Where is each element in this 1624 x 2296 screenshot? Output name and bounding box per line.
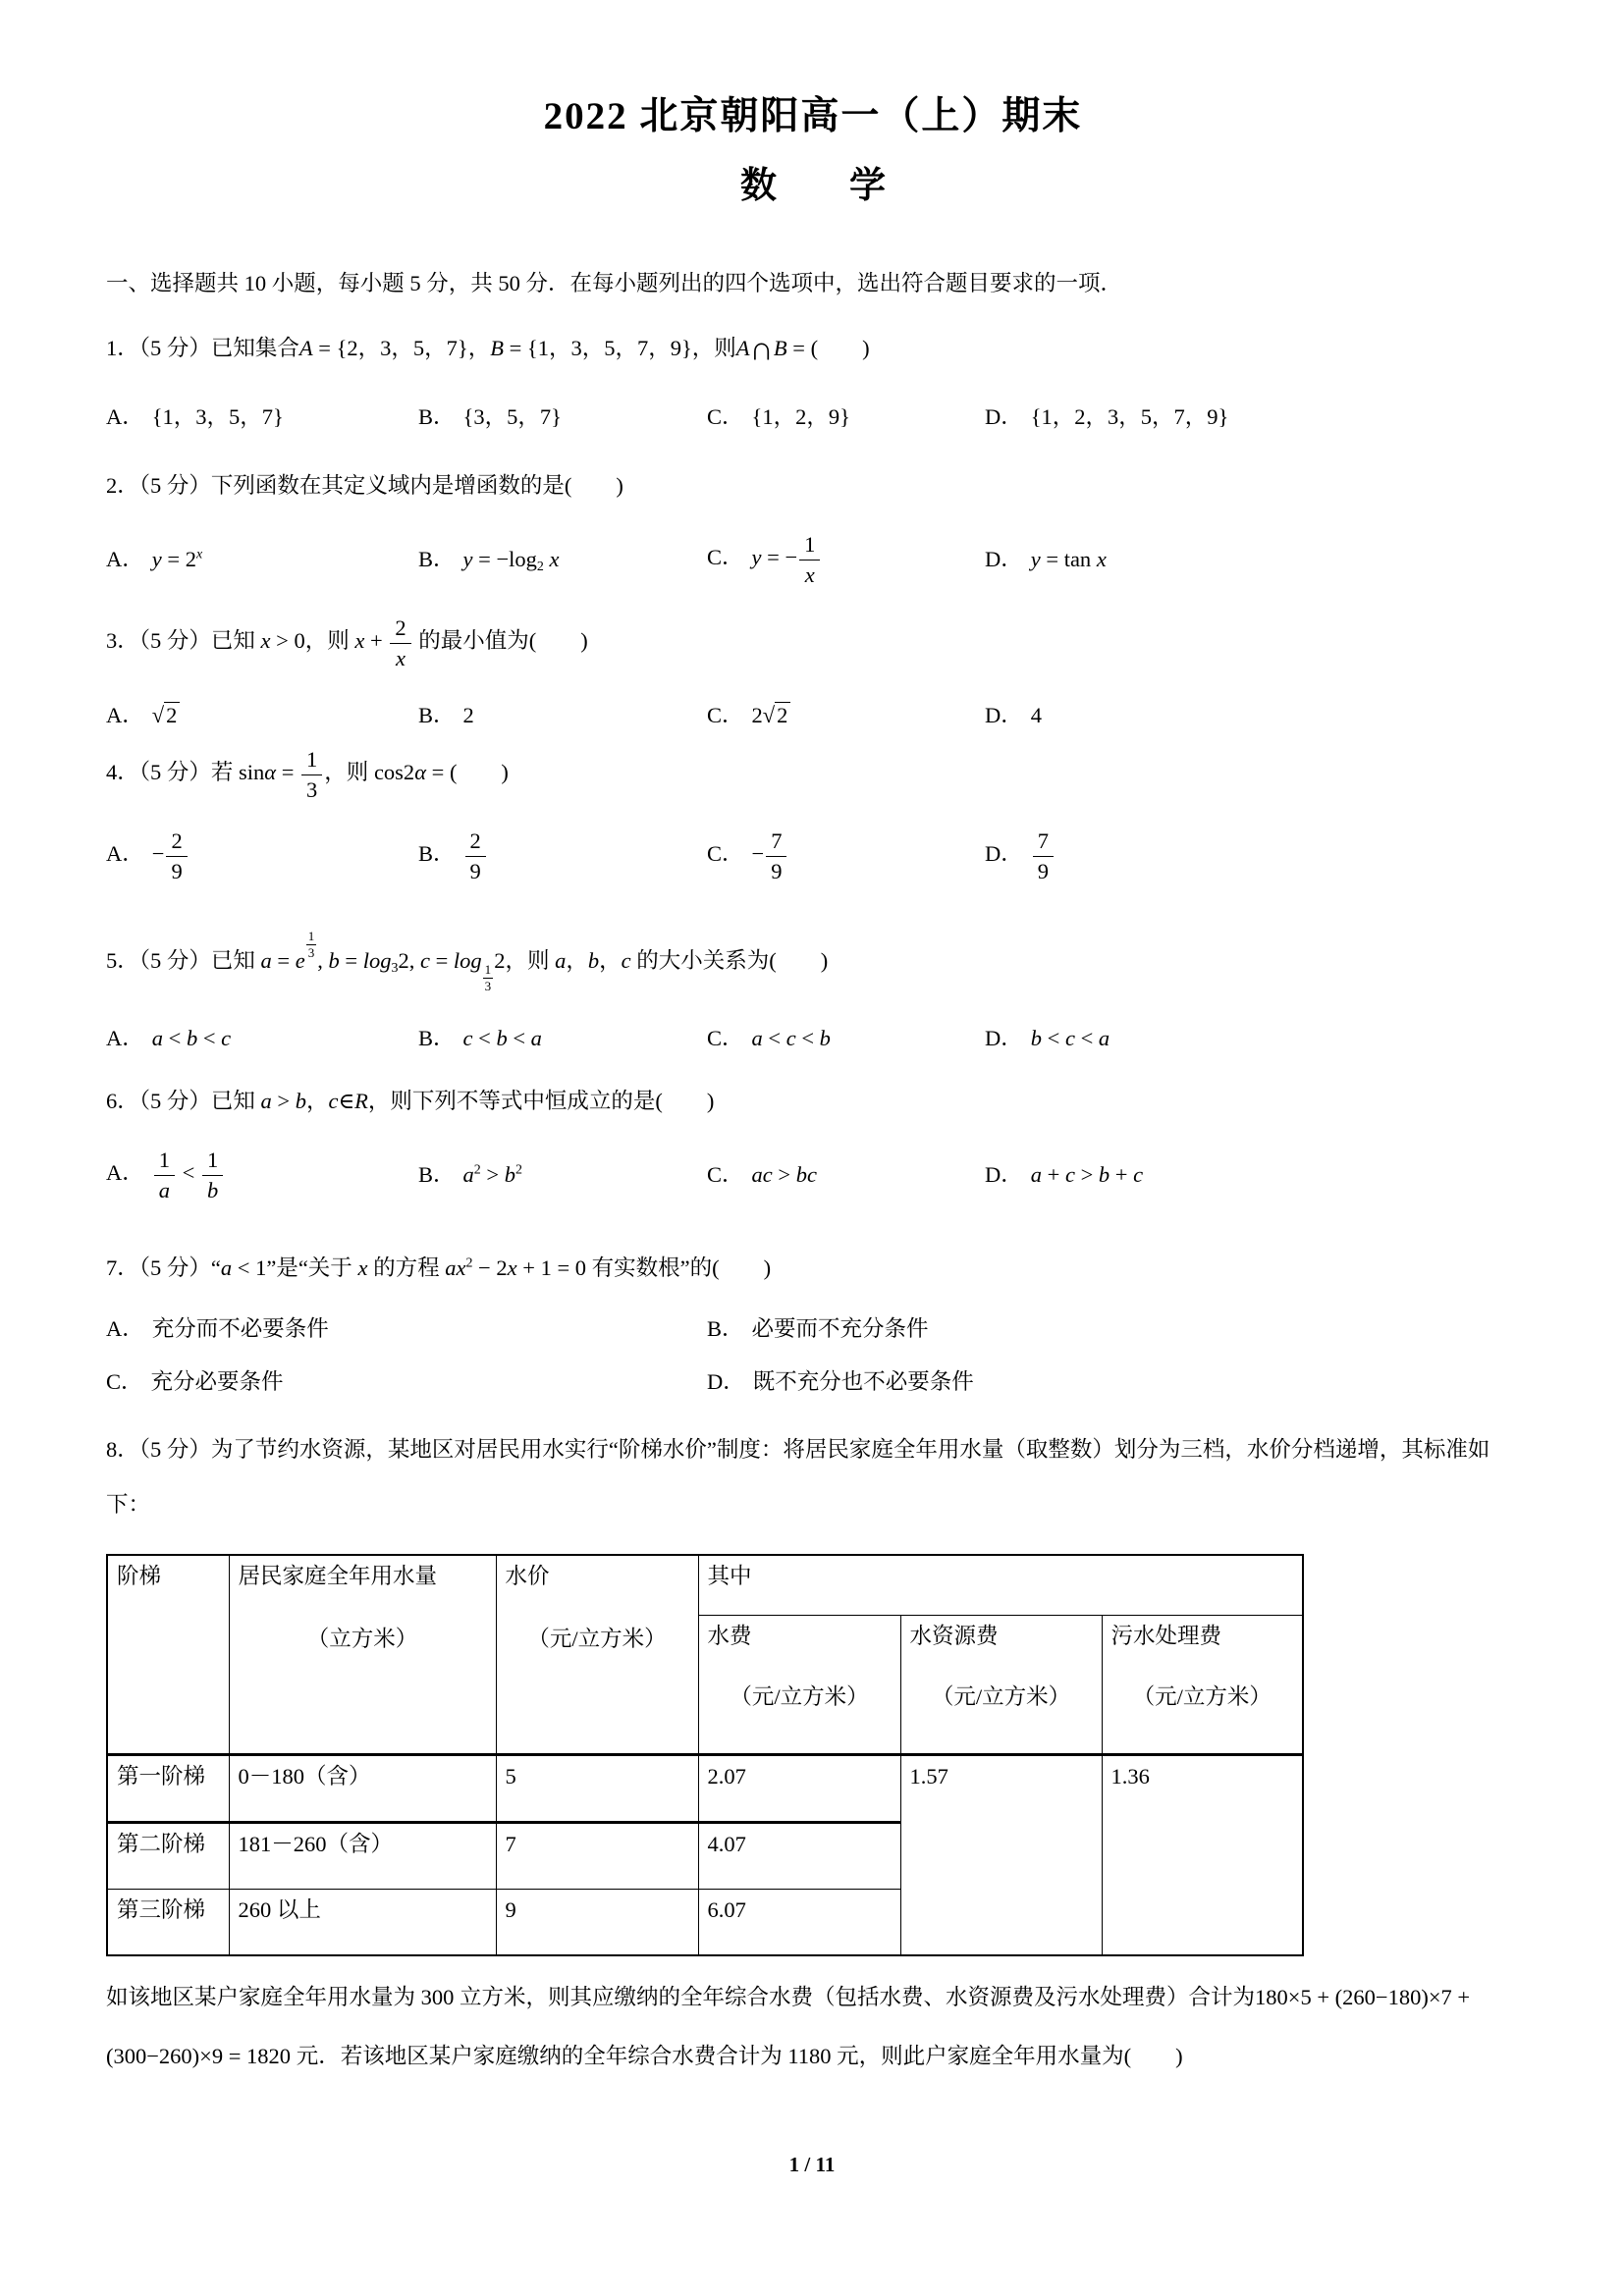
option-value: y = 2x <box>152 547 202 571</box>
option-label: A． <box>106 1160 144 1185</box>
option-label: B． <box>418 841 456 866</box>
question-3-option-b: B．2 <box>418 701 707 730</box>
cell-tier-1: 第一阶梯 <box>107 1754 229 1822</box>
question-2-options: A．y = 2x B．y = −log2 x C．y = −1x D．y = t… <box>106 514 1520 605</box>
question-2-option-c: C．y = −1x <box>707 531 985 588</box>
option-value: 29 <box>463 841 488 866</box>
question-5-option-a: A．a < b < c <box>106 1024 418 1053</box>
option-label: C． <box>707 841 744 866</box>
question-7-option-c: C．充分必要条件 <box>106 1367 707 1397</box>
option-value: {1，2，9} <box>752 404 850 429</box>
question-5-option-d: D．b < c < a <box>985 1024 1520 1053</box>
option-value: ac > bc <box>752 1162 817 1187</box>
question-6-stem: 6．（5 分）已知 a > b，c∈R，则下列不等式中恒成立的是( ) <box>106 1087 1520 1116</box>
question-7-option-a: A．充分而不必要条件 <box>106 1314 707 1344</box>
option-value: c < b < a <box>463 1026 542 1050</box>
question-3-option-c: C．2√2 <box>707 701 985 730</box>
question-8: 8．（5 分）为了节约水资源，某地区对居民用水实行“阶梯水价”制度：将居民家庭全… <box>106 1422 1520 2086</box>
option-value: √2 <box>152 702 181 727</box>
question-8-after-paragraph: 如该地区某户家庭全年用水量为 300 立方米，则其应缴纳的全年综合水费（包括水费… <box>106 1968 1520 2086</box>
page-content: 2022 北京朝阳高一（上）期末 数 学 一、选择题共 10 小题，每小题 5 … <box>106 0 1520 2086</box>
header-cell-water-fee: 水费（元/立方米） <box>698 1615 900 1754</box>
question-2-stem: 2．（5 分）下列函数在其定义域内是增函数的是( ) <box>106 471 1520 501</box>
question-6-option-d: D．a + c > b + c <box>985 1160 1520 1190</box>
question-4: 4．（5 分）若 sinα = 13，则 cos2α = ( ) A．−29 B… <box>106 746 1520 901</box>
option-value: 79 <box>1031 841 1056 866</box>
question-5-option-c: C．a < c < b <box>707 1024 985 1053</box>
cell-price-2: 7 <box>496 1822 698 1889</box>
question-2-option-d: D．y = tan x <box>985 545 1520 574</box>
question-4-option-b: B．29 <box>418 828 707 884</box>
option-value: y = tan x <box>1031 547 1107 571</box>
option-label: A． <box>106 1316 144 1341</box>
option-value: 充分必要条件 <box>151 1369 284 1394</box>
option-value: 充分而不必要条件 <box>152 1316 329 1341</box>
question-4-option-a: A．−29 <box>106 828 418 884</box>
option-label: A． <box>106 1026 144 1050</box>
option-label: A． <box>106 404 144 429</box>
cell-fee-2: 4.07 <box>698 1822 900 1889</box>
option-label: B． <box>418 404 456 429</box>
option-label: C． <box>707 1026 744 1050</box>
header-cell-among: 其中 <box>698 1555 1303 1616</box>
exam-subject: 数 学 <box>126 165 1500 208</box>
option-value: −29 <box>152 841 189 866</box>
option-value: 2√2 <box>752 702 791 727</box>
question-3-stem: 3．（5 分）已知 x > 0，则 x + 2x 的最小值为( ) <box>106 614 1520 671</box>
question-1: 1．（5 分）已知集合A = {2，3，5，7}，B = {1，3，5，7，9}… <box>106 334 1520 432</box>
option-value: −79 <box>752 841 789 866</box>
option-value: a + c > b + c <box>1031 1162 1143 1187</box>
page-number: 1 / 11 <box>0 2150 1624 2179</box>
option-label: C． <box>707 404 744 429</box>
cell-price-1: 5 <box>496 1754 698 1822</box>
water-price-table: 阶梯 居民家庭全年用水量（立方米） 水价（元/立方米） 其中 水费（元/立方米）… <box>106 1554 1304 1956</box>
option-label: D． <box>985 404 1023 429</box>
question-6-options: A．1a < 1b B．a2 > b2 C．ac > bc D．a + c > … <box>106 1130 1520 1220</box>
cell-range-2: 181－260（含） <box>229 1822 496 1889</box>
question-1-option-c: C．{1，2，9} <box>707 402 985 432</box>
question-6-option-c: C．ac > bc <box>707 1160 985 1190</box>
option-label: B． <box>418 703 456 727</box>
question-2-option-a: A．y = 2x <box>106 545 418 574</box>
option-value: y = −log2 x <box>463 547 560 571</box>
option-value: 1a < 1b <box>152 1160 225 1185</box>
question-8-stem: 8．（5 分）为了节约水资源，某地区对居民用水实行“阶梯水价”制度：将居民家庭全… <box>106 1422 1520 1532</box>
question-6-option-b: B．a2 > b2 <box>418 1160 707 1190</box>
question-7-options-cd: C．充分必要条件 D．既不充分也不必要条件 <box>106 1367 1520 1397</box>
option-value: y = −1x <box>752 545 823 569</box>
option-value: {1，2，3，5，7，9} <box>1031 404 1229 429</box>
option-label: D． <box>707 1369 745 1394</box>
question-5: 5．（5 分）已知 a = e13, b = log32, c = log132… <box>106 929 1520 1053</box>
question-7-option-d: D．既不充分也不必要条件 <box>707 1367 1520 1397</box>
question-4-option-d: D．79 <box>985 828 1520 884</box>
exam-page: { "page": { "footer": "1 / 11" }, "heade… <box>0 0 1624 2296</box>
question-4-stem: 4．（5 分）若 sinα = 13，则 cos2α = ( ) <box>106 746 1520 803</box>
header-cell-sewage-fee: 污水处理费（元/立方米） <box>1102 1615 1303 1754</box>
cell-fee-3: 6.07 <box>698 1889 900 1955</box>
question-7-stem: 7．（5 分）“a < 1”是“关于 x 的方程 ax2 − 2x + 1 = … <box>106 1254 1520 1283</box>
cell-range-1: 0－180（含） <box>229 1754 496 1822</box>
option-label: C． <box>106 1369 143 1394</box>
question-3-option-a: A．√2 <box>106 701 418 730</box>
question-7-options-ab: A．充分而不必要条件 B．必要而不充分条件 <box>106 1314 1520 1344</box>
header-cell-price: 水价（元/立方米） <box>496 1555 698 1755</box>
option-label: B． <box>707 1316 744 1341</box>
cell-price-3: 9 <box>496 1889 698 1955</box>
question-4-option-c: C．−79 <box>707 828 985 884</box>
question-3-option-d: D．4 <box>985 701 1520 730</box>
option-label: A． <box>106 703 144 727</box>
option-label: C． <box>707 703 744 727</box>
option-value: a2 > b2 <box>463 1162 522 1187</box>
option-value: a < c < b <box>752 1026 831 1050</box>
cell-tier-2: 第二阶梯 <box>107 1822 229 1889</box>
option-value: 既不充分也不必要条件 <box>753 1369 974 1394</box>
question-7-option-b: B．必要而不充分条件 <box>707 1314 1520 1344</box>
question-1-option-a: A．{1，3，5，7} <box>106 402 418 432</box>
option-label: D． <box>985 1026 1023 1050</box>
header-cell-tier: 阶梯 <box>107 1555 229 1755</box>
cell-resource-fee-merged: 1.57 <box>900 1754 1102 1955</box>
question-6-option-a: A．1a < 1b <box>106 1147 418 1203</box>
question-3: 3．（5 分）已知 x > 0，则 x + 2x 的最小值为( ) A．√2 B… <box>106 614 1520 730</box>
question-5-option-b: B．c < b < a <box>418 1024 707 1053</box>
question-7: 7．（5 分）“a < 1”是“关于 x 的方程 ax2 − 2x + 1 = … <box>106 1254 1520 1397</box>
table-header-row-1: 阶梯 居民家庭全年用水量（立方米） 水价（元/立方米） 其中 <box>107 1555 1303 1616</box>
option-label: B． <box>418 1026 456 1050</box>
option-label: D． <box>985 841 1023 866</box>
question-1-option-d: D．{1，2，3，5，7，9} <box>985 402 1520 432</box>
option-value: {3，5，7} <box>463 404 562 429</box>
cell-sewage-fee-merged: 1.36 <box>1102 1754 1303 1955</box>
option-value: b < c < a <box>1031 1026 1110 1050</box>
exam-title: 2022 北京朝阳高一（上）期末 <box>126 94 1500 139</box>
question-1-stem: 1．（5 分）已知集合A = {2，3，5，7}，B = {1，3，5，7，9}… <box>106 334 1520 363</box>
question-5-stem: 5．（5 分）已知 a = e13, b = log32, c = log132… <box>106 929 1520 994</box>
option-label: A． <box>106 841 144 866</box>
option-label: B． <box>418 547 456 571</box>
option-value: 必要而不充分条件 <box>752 1316 929 1341</box>
question-5-options: A．a < b < c B．c < b < a C．a < c < b D．b … <box>106 1024 1520 1053</box>
cell-range-3: 260 以上 <box>229 1889 496 1955</box>
header-cell-usage: 居民家庭全年用水量（立方米） <box>229 1555 496 1755</box>
option-label: A． <box>106 547 144 571</box>
question-3-options: A．√2 B．2 C．2√2 D．4 <box>106 701 1520 730</box>
question-1-options: A．{1，3，5，7} B．{3，5，7} C．{1，2，9} D．{1，2，3… <box>106 402 1520 432</box>
option-value: 2 <box>463 703 474 727</box>
question-2-option-b: B．y = −log2 x <box>418 545 707 574</box>
option-label: D． <box>985 703 1023 727</box>
question-4-options: A．−29 B．29 C．−79 D．79 <box>106 811 1520 901</box>
option-value: a < b < c <box>152 1026 231 1050</box>
table-row-1: 第一阶梯 0－180（含） 5 2.07 1.57 1.36 <box>107 1754 1303 1822</box>
option-label: C． <box>707 1162 744 1187</box>
question-2: 2．（5 分）下列函数在其定义域内是增函数的是( ) A．y = 2x B．y … <box>106 471 1520 605</box>
option-label: C． <box>707 545 744 569</box>
option-label: B． <box>418 1162 456 1187</box>
option-label: D． <box>985 1162 1023 1187</box>
question-1-option-b: B．{3，5，7} <box>418 402 707 432</box>
option-value: 4 <box>1031 703 1042 727</box>
cell-tier-3: 第三阶梯 <box>107 1889 229 1955</box>
cell-fee-1: 2.07 <box>698 1754 900 1822</box>
option-label: D． <box>985 547 1023 571</box>
header-cell-resource-fee: 水资源费（元/立方米） <box>900 1615 1102 1754</box>
question-6: 6．（5 分）已知 a > b，c∈R，则下列不等式中恒成立的是( ) A．1a… <box>106 1087 1520 1220</box>
section-heading: 一、选择题共 10 小题，每小题 5 分，共 50 分．在每小题列出的四个选项中… <box>106 269 1520 298</box>
option-value: {1，3，5，7} <box>152 404 284 429</box>
